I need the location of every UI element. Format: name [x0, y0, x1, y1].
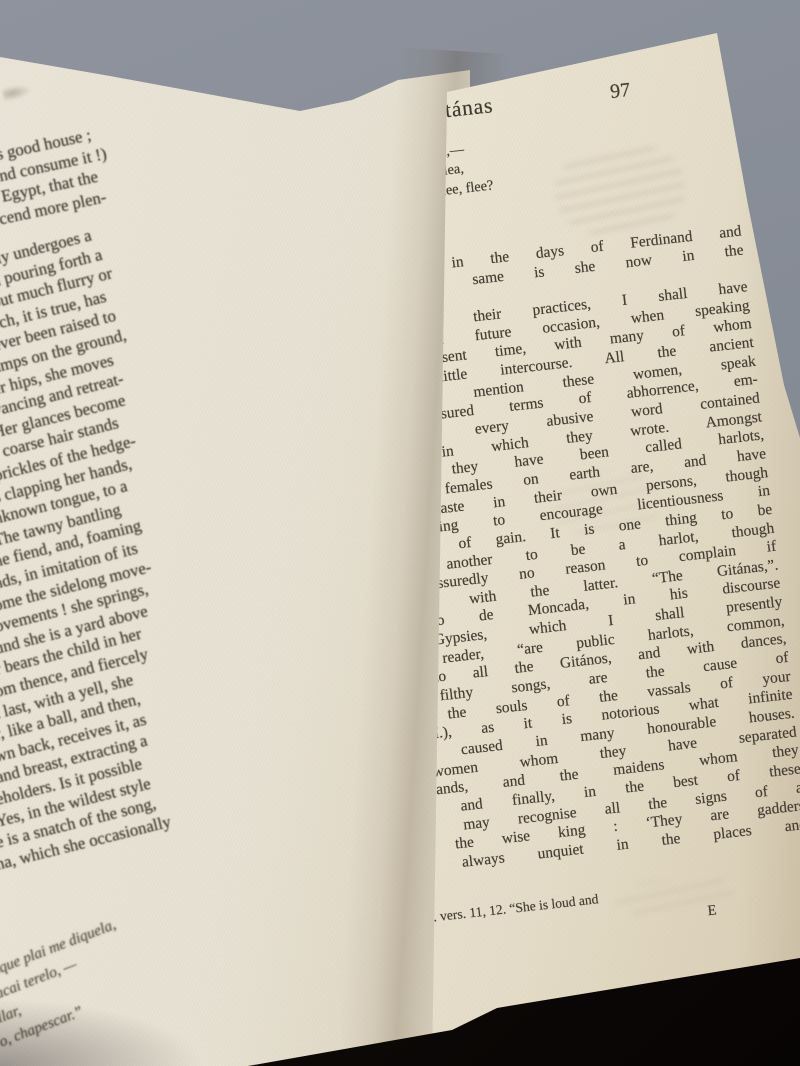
page-number: 97 [609, 79, 631, 104]
printer-signature-mark: E [707, 902, 719, 920]
photo-of-open-book: is good house ;and consume it !)f Egypt,… [0, 0, 800, 1066]
bottom-left-shadow [0, 990, 230, 1066]
